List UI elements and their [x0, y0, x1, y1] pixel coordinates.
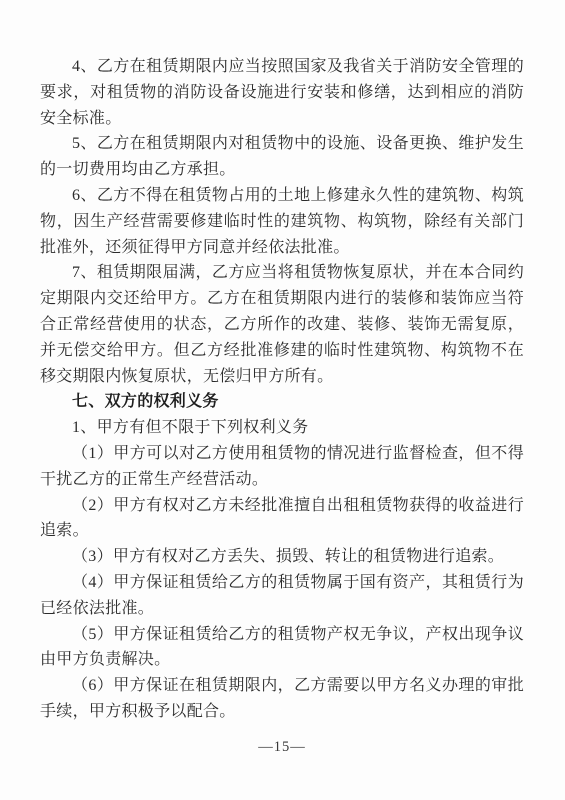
section-heading-seven: 七、双方的权利义务: [40, 389, 524, 415]
paragraph-clause-5: 5、乙方在租赁期限内对租赁物中的设施、设备更换、维护发生的一切费用均由乙方承担。: [40, 131, 524, 183]
document-page: 4、乙方在租赁期限内应当按照国家及我省关于消防安全管理的要求，对租赁物的消防设备…: [0, 0, 565, 800]
paragraph-subitem-5: （5）甲方保证租赁给乙方的租赁物产权无争议，产权出现争议由甲方负责解决。: [40, 622, 524, 674]
paragraph-item-1: 1、甲方有但不限于下列权利义务: [40, 415, 524, 441]
paragraph-subitem-2: （2）甲方有权对乙方未经批准擅自出租租赁物获得的收益进行追索。: [40, 493, 524, 545]
paragraph-subitem-1: （1）甲方可以对乙方使用租赁物的情况进行监督检查，但不得干扰乙方的正常生产经营活…: [40, 441, 524, 493]
paragraph-subitem-3: （3）甲方有权对乙方丢失、损毁、转让的租赁物进行追索。: [40, 544, 524, 570]
paragraph-clause-6: 6、乙方不得在租赁物占用的土地上修建永久性的建筑物、构筑物，因生产经营需要修建临…: [40, 183, 524, 260]
paragraph-subitem-4: （4）甲方保证租赁给乙方的租赁物属于国有资产，其租赁行为已经依法批准。: [40, 570, 524, 622]
paragraph-clause-7: 7、租赁期限届满，乙方应当将租赁物恢复原状，并在本合同约定期限内交还给甲方。乙方…: [40, 260, 524, 389]
paragraph-clause-4: 4、乙方在租赁期限内应当按照国家及我省关于消防安全管理的要求，对租赁物的消防设备…: [40, 54, 524, 131]
page-number: —15—: [40, 739, 524, 756]
paragraph-subitem-6: （6）甲方保证在租赁期限内，乙方需要以甲方名义办理的审批手续，甲方积极予以配合。: [40, 673, 524, 725]
